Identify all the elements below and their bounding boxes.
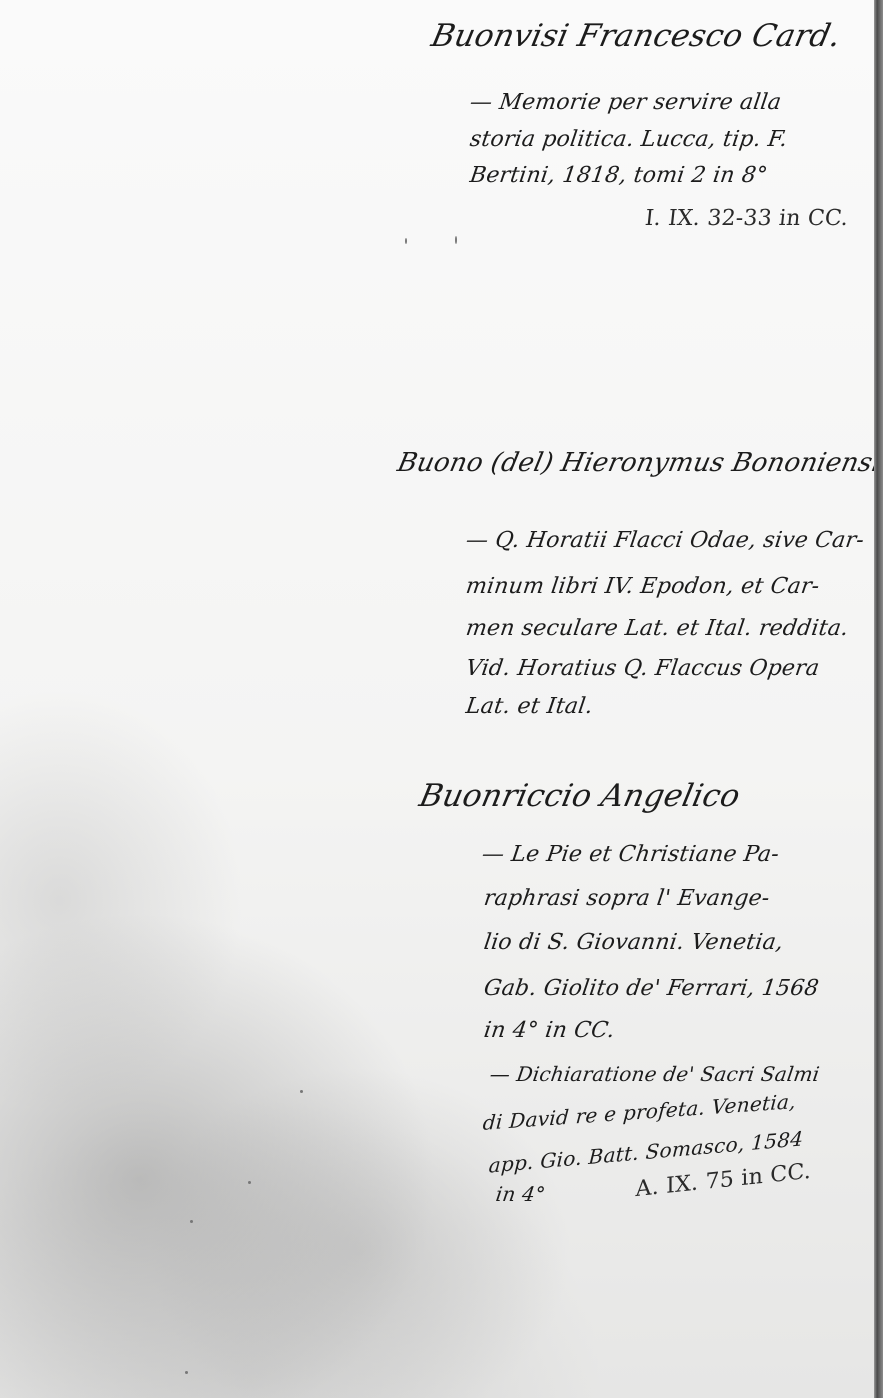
shelfmark: A. IX. 75 in CC.	[636, 1159, 811, 1202]
sub-entry-line: — Dichiaratione de' Sacri Salmi	[488, 1062, 821, 1086]
entry-line: raphrasi sopra l' Evange-	[482, 886, 771, 911]
entry-line: Bertini, 1818, tomi 2 in 8°	[468, 163, 769, 188]
paper-speck	[455, 236, 457, 244]
entry-line: in 4° in CC.	[482, 1018, 616, 1043]
page-binding-edge	[874, 0, 883, 1398]
entry-line: — Le Pie et Christiane Pa-	[480, 842, 780, 867]
paper-speck	[185, 1371, 188, 1374]
cross-reference-line: Vid. Horatius Q. Flaccus Opera	[464, 656, 821, 681]
entry-line: storia politica. Lucca, tip. F.	[468, 127, 789, 152]
entry-line: — Memorie per servire alla	[468, 90, 783, 115]
shelfmark: I. IX. 32-33 in CC.	[644, 206, 850, 231]
entry-line: minum libri IV. Epodon, et Car-	[464, 574, 821, 599]
entry-heading-buonriccio: Buonriccio Angelico	[416, 778, 743, 814]
entry-line: Gab. Giolito de' Ferrari, 1568	[482, 976, 820, 1001]
entry-line: — Q. Horatii Flacci Odae, sive Car-	[464, 528, 865, 553]
paper-speck	[190, 1220, 193, 1223]
entry-line: lio di S. Giovanni. Venetia,	[482, 930, 785, 955]
paper-speck	[248, 1181, 251, 1184]
entry-heading-buonvisi: Buonvisi Francesco Card.	[428, 18, 844, 54]
entry-heading-buono: Buono (del) Hieronymus Bononiensis	[395, 448, 883, 478]
entry-line: Lat. et Ital.	[464, 694, 594, 719]
paper-speck	[300, 1090, 303, 1093]
paper-speck	[405, 238, 407, 244]
entry-line: men seculare Lat. et Ital. reddita.	[464, 616, 850, 641]
sub-entry-line: in 4°	[494, 1182, 547, 1206]
scanned-page: Buonvisi Francesco Card. — Memorie per s…	[0, 0, 874, 1398]
sub-entry-line: di David re e profeta. Venetia,	[482, 1089, 797, 1135]
